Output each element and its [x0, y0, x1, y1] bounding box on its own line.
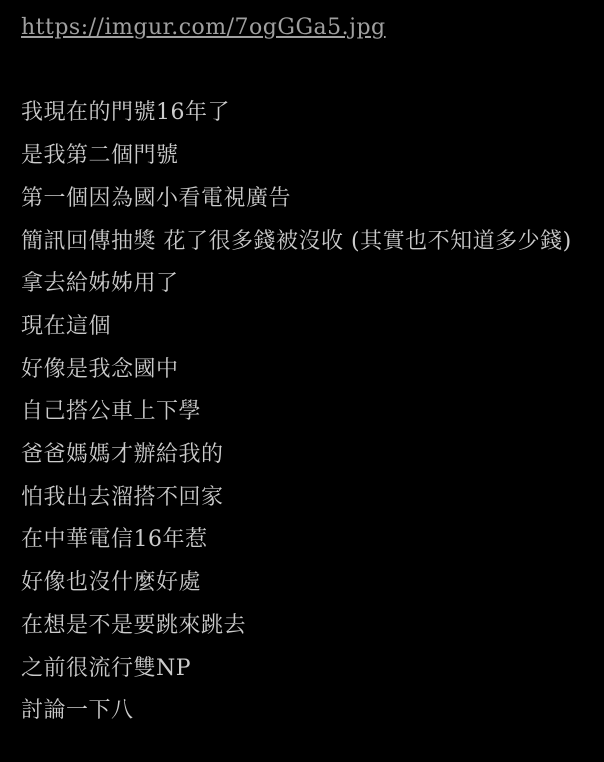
- post-line: 在想是不是要跳來跳去: [21, 605, 594, 648]
- post-body: https://imgur.com/7ogGGa5.jpg 我現在的門號16年了…: [0, 0, 604, 733]
- post-line: 討論一下八: [21, 690, 594, 733]
- post-line: 在中華電信16年惹: [21, 519, 594, 562]
- post-line: 好像是我念國中: [21, 349, 594, 392]
- post-line: 第一個因為國小看電視廣告: [21, 178, 594, 221]
- post-line: 拿去給姊姊用了: [21, 263, 594, 306]
- post-line: 現在這個: [21, 306, 594, 349]
- post-line: 怕我出去溜搭不回家: [21, 477, 594, 520]
- post-line: 是我第二個門號: [21, 135, 594, 178]
- imgur-link[interactable]: https://imgur.com/7ogGGa5.jpg: [21, 15, 386, 40]
- blank-line: [21, 50, 594, 93]
- post-line: 簡訊回傳抽獎 花了很多錢被沒收 (其實也不知道多少錢): [21, 221, 594, 264]
- post-line: 自己搭公車上下學: [21, 391, 594, 434]
- post-line: 爸爸媽媽才辦給我的: [21, 434, 594, 477]
- post-line: 之前很流行雙NP: [21, 648, 594, 691]
- image-link-line: https://imgur.com/7ogGGa5.jpg: [21, 7, 594, 50]
- post-line: 好像也沒什麼好處: [21, 562, 594, 605]
- post-line: 我現在的門號16年了: [21, 92, 594, 135]
